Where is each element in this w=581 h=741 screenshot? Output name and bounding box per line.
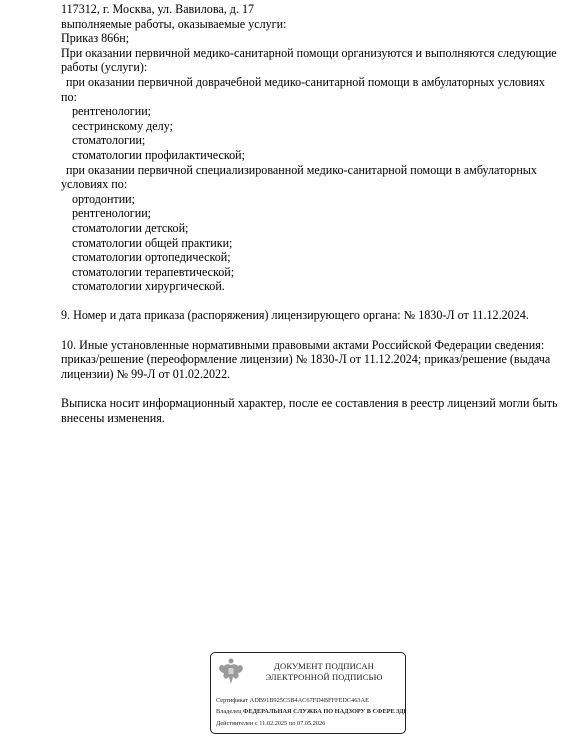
intro-line: При оказании первичной медико-санитарной…	[61, 46, 561, 61]
list-item: стоматологии ортопедической;	[61, 250, 561, 265]
section2-heading: условиях по:	[61, 177, 561, 192]
validity-line: Действителен с 11.02.2025 по 07.05.2026	[216, 718, 406, 729]
list-item: рентгенологии;	[61, 206, 561, 221]
document-body: 117312, г. Москва, ул. Вавилова, д. 17 в…	[61, 2, 561, 425]
coat-of-arms-icon	[218, 657, 244, 687]
disclaimer: Выписка носит информационный характер, п…	[61, 396, 561, 411]
section1-heading: по:	[61, 90, 561, 105]
address: 117312, г. Москва, ул. Вавилова, д. 17	[61, 2, 561, 17]
list-item: стоматологии хирургической.	[61, 279, 561, 294]
list-item: стоматологии профилактической;	[61, 148, 561, 163]
item-9: 9. Номер и дата приказа (распоряжения) л…	[61, 308, 561, 323]
section1-heading: при оказании первичной доврачебной медик…	[61, 75, 561, 90]
works-label: выполняемые работы, оказываемые услуги:	[61, 17, 561, 32]
list-item: стоматологии;	[61, 133, 561, 148]
list-item: рентгенологии;	[61, 104, 561, 119]
item-10: 10. Иные установленные нормативными прав…	[61, 338, 561, 353]
list-item: стоматологии общей практики;	[61, 236, 561, 251]
signature-title: ДОКУМЕНТ ПОДПИСАН ЭЛЕКТРОННОЙ ПОДПИСЬЮ	[247, 661, 401, 682]
electronic-signature-stamp: ДОКУМЕНТ ПОДПИСАН ЭЛЕКТРОННОЙ ПОДПИСЬЮ С…	[210, 652, 406, 734]
owner-line: Владелец ФЕДЕРАЛЬНАЯ СЛУЖБА ПО НАДЗОРУ В…	[216, 706, 406, 717]
list-item: сестринскому делу;	[61, 119, 561, 134]
intro-line: работы (услуги):	[61, 60, 561, 75]
list-item: стоматологии детской;	[61, 221, 561, 236]
list-item: стоматологии терапевтической;	[61, 265, 561, 280]
certificate-line: Сертификат ADB91B925C5B4AC67FD4BFFFEDC46…	[216, 695, 406, 706]
item-10: лицензии) № 99-Л от 01.02.2022.	[61, 367, 561, 382]
list-item: ортодонтии;	[61, 192, 561, 207]
disclaimer: внесены изменения.	[61, 411, 561, 426]
section2-heading: при оказании первичной специализированно…	[61, 163, 561, 178]
order: Приказ 866н;	[61, 31, 561, 46]
item-10: приказ/решение (переоформление лицензии)…	[61, 352, 561, 367]
